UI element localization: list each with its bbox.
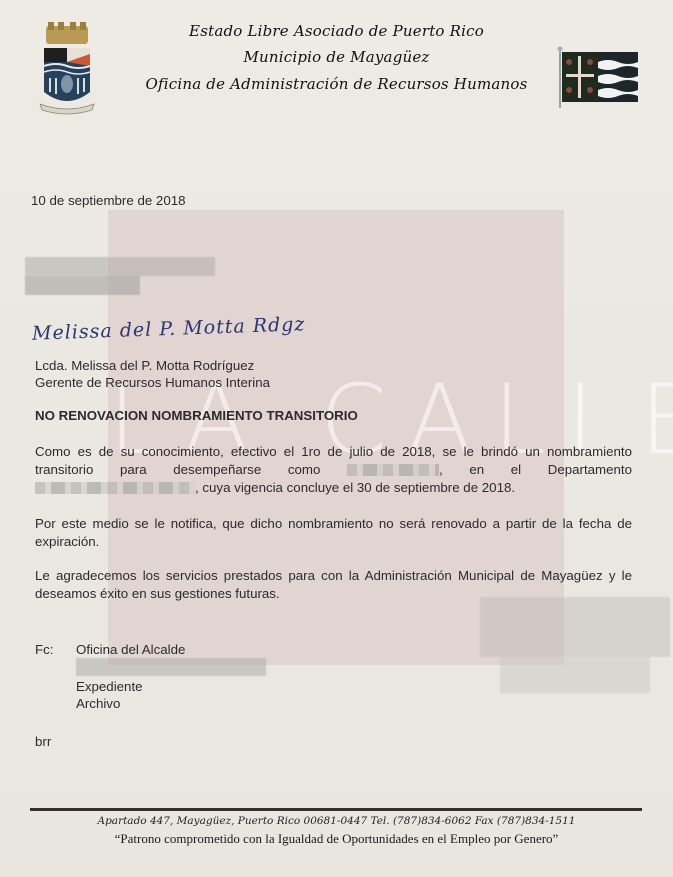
cc-item-3: Archivo [76, 695, 120, 712]
redacted-recipient-line-1 [25, 257, 215, 276]
redacted-cc-item [76, 658, 266, 676]
letter-date: 10 de septiembre de 2018 [31, 192, 186, 209]
redacted-block-right-lower [500, 657, 650, 693]
p1-text-c: , cuya vigencia concluye el 30 de septie… [195, 480, 515, 495]
redacted-block-right [480, 597, 670, 657]
letterhead-line-2: Municipio de Mayagüez [0, 48, 673, 66]
body-paragraph-2: Por este medio se le notifica, que dicho… [35, 515, 632, 551]
signer-name: Lcda. Melissa del P. Motta Rodríguez [35, 357, 254, 374]
p1-text-b: , en el Departamento [439, 462, 632, 477]
signer-title: Gerente de Recursos Humanos Interina [35, 374, 270, 391]
footer-address: Apartado 447, Mayagüez, Puerto Rico 0068… [0, 815, 673, 827]
cc-item-1: Oficina del Alcalde [76, 641, 185, 658]
footer-divider [30, 808, 642, 811]
letter-subject: NO RENOVACION NOMBRAMIENTO TRANSITORIO [35, 407, 358, 424]
redacted-recipient-line-2 [25, 276, 140, 295]
letterhead-line-3: Oficina de Administración de Recursos Hu… [0, 75, 673, 93]
cc-label: Fc: [35, 641, 53, 658]
letter-page: Estado Libre Asociado de Puerto Rico Mun… [0, 0, 673, 877]
body-paragraph-1: Como es de su conocimiento, efectivo el … [35, 443, 632, 497]
redacted-department [35, 482, 195, 494]
footer-motto: “Patrono comprometido con la Igualdad de… [0, 831, 673, 847]
redacted-position [347, 464, 439, 476]
cc-item-2: Expediente [76, 678, 143, 695]
letterhead-line-1: Estado Libre Asociado de Puerto Rico [0, 22, 673, 40]
typist-initials: brr [35, 733, 51, 750]
